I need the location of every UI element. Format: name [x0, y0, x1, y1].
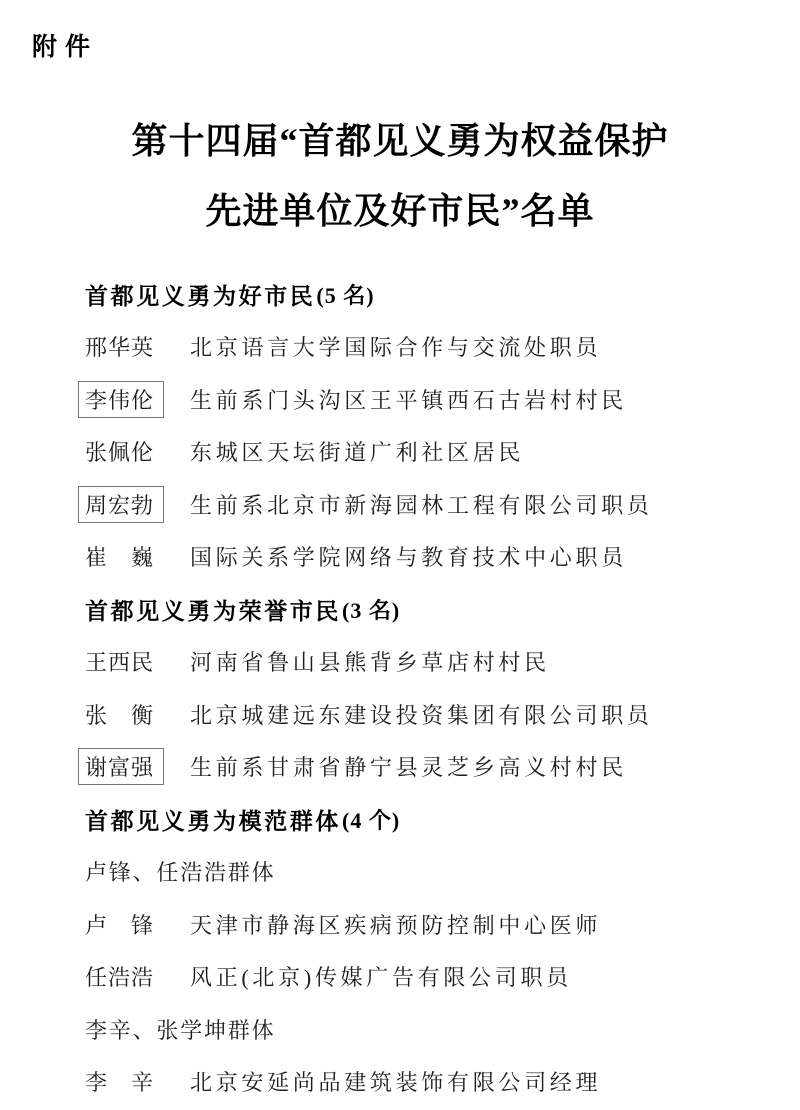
honoree-description: 风正(北京)传媒广告有限公司职员	[190, 961, 572, 992]
entry-row: 周宏勃生前系北京市新海园林工程有限公司职员	[0, 478, 800, 531]
group-row: 卢锋、任浩浩群体	[0, 846, 800, 899]
honoree-description: 天津市静海区疾病预防控制中心医师	[190, 909, 601, 940]
section-heading-count: (5 名)	[316, 279, 374, 310]
section-heading-text: 首都见义勇为模范群体	[85, 803, 341, 836]
deceased-honoree-name-box: 谢富强	[78, 748, 164, 785]
group-row: 李辛、张学坤群体	[0, 1003, 800, 1056]
honoree-name: 王西民	[85, 646, 157, 677]
attachment-label: 附件	[32, 27, 98, 63]
section-heading: 首都见义勇为好市民(5 名)	[0, 268, 800, 321]
section-heading-text: 首都见义勇为好市民	[85, 278, 315, 311]
document-page: 附件 第十四届“首都见义勇为权益保护 先进单位及好市民”名单 首都见义勇为好市民…	[0, 0, 800, 1110]
entry-row: 谢富强生前系甘肃省静宁县灵芝乡高义村村民	[0, 741, 800, 794]
entry-row: 李 辛北京安延尚品建筑装饰有限公司经理	[0, 1056, 800, 1109]
honoree-description: 北京城建远东建设投资集团有限公司职员	[190, 699, 653, 730]
group-title: 卢锋、任浩浩群体	[85, 856, 275, 887]
honoree-name: 任浩浩	[85, 961, 157, 992]
honoree-name: 张 衡	[85, 699, 157, 730]
section-heading-count: (4 个)	[342, 804, 400, 835]
deceased-honoree-name-box: 李伟伦	[78, 381, 164, 418]
honoree-name: 李 辛	[85, 1066, 157, 1097]
entry-row: 张佩伦东城区天坛街道广利社区居民	[0, 426, 800, 479]
honoree-name: 崔 巍	[85, 541, 157, 572]
section-heading-text: 首都见义勇为荣誉市民	[85, 593, 341, 626]
honoree-description: 生前系北京市新海园林工程有限公司职员	[190, 489, 653, 520]
honoree-description: 国际关系学院网络与教育技术中心职员	[190, 541, 627, 572]
honoree-description: 生前系门头沟区王平镇西石古岩村村民	[190, 384, 627, 415]
entry-row: 邢华英北京语言大学国际合作与交流处职员	[0, 321, 800, 374]
entry-row: 卢 锋天津市静海区疾病预防控制中心医师	[0, 898, 800, 951]
entry-row: 王西民河南省鲁山县熊背乡草店村村民	[0, 636, 800, 689]
section-heading-count: (3 名)	[342, 594, 400, 625]
honoree-description: 北京语言大学国际合作与交流处职员	[190, 331, 601, 362]
honoree-name: 邢华英	[85, 331, 157, 362]
honoree-name: 卢 锋	[85, 909, 157, 940]
deceased-honoree-name-box: 周宏勃	[78, 486, 164, 523]
entry-row: 张 衡北京城建远东建设投资集团有限公司职员	[0, 688, 800, 741]
document-title: 第十四届“首都见义勇为权益保护 先进单位及好市民”名单	[0, 106, 800, 246]
entry-row: 李伟伦生前系门头沟区王平镇西石古岩村村民	[0, 373, 800, 426]
group-title: 李辛、张学坤群体	[85, 1014, 275, 1045]
honoree-description: 生前系甘肃省静宁县灵芝乡高义村村民	[190, 751, 627, 782]
title-line-2: 先进单位及好市民”名单	[0, 176, 800, 246]
title-line-1: 第十四届“首都见义勇为权益保护	[0, 106, 800, 176]
honoree-description: 东城区天坛街道广利社区居民	[190, 436, 524, 467]
awards-list: 首都见义勇为好市民(5 名)邢华英北京语言大学国际合作与交流处职员李伟伦生前系门…	[0, 268, 800, 1108]
section-heading: 首都见义勇为荣誉市民(3 名)	[0, 583, 800, 636]
honoree-description: 北京安延尚品建筑装饰有限公司经理	[190, 1066, 601, 1097]
section-heading: 首都见义勇为模范群体(4 个)	[0, 793, 800, 846]
entry-row: 崔 巍国际关系学院网络与教育技术中心职员	[0, 531, 800, 584]
honoree-description: 河南省鲁山县熊背乡草店村村民	[190, 646, 550, 677]
honoree-name: 张佩伦	[85, 436, 157, 467]
entry-row: 任浩浩风正(北京)传媒广告有限公司职员	[0, 951, 800, 1004]
